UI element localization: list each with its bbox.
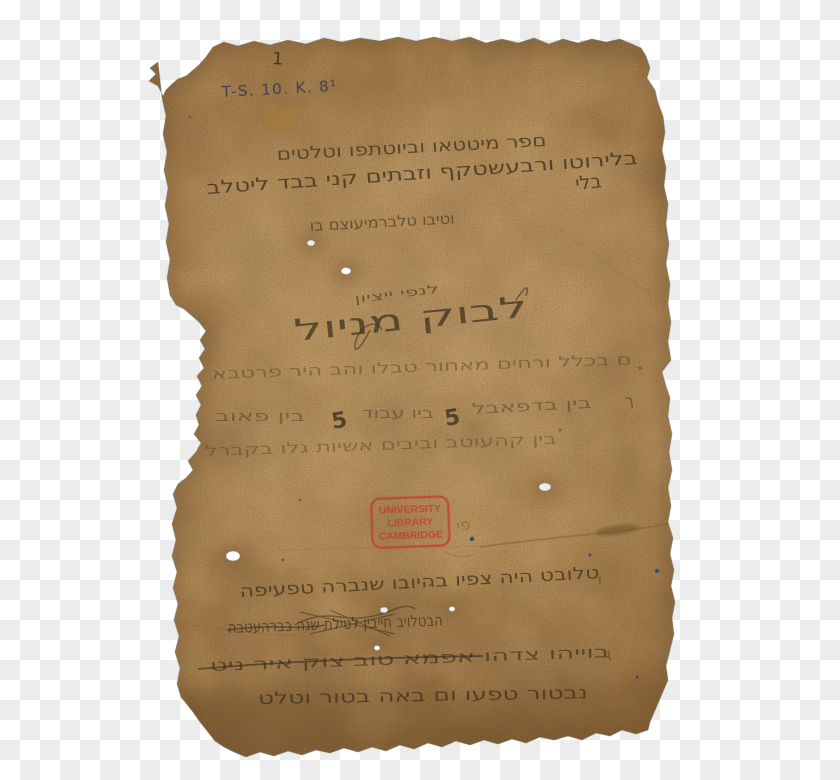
leaf-number: 1 [272,49,284,70]
manuscript-fragment-photo: 1 T-S. 10. K. 8¹ םפר מיטטאו וביוטתפו וטל… [0,0,840,780]
margin-mark: ד [181,402,189,418]
stamp-line-1: UNIVERSITY [379,504,442,517]
ink-speck [188,115,191,118]
handwriting-line: בין פאוב [215,407,306,425]
stamp-line-2: LIBRARY [387,517,434,530]
margin-mark: ד [184,437,192,453]
stamp-line-3: CAMBRIDGE [379,530,444,543]
handwriting-line-opening: בלי [574,170,602,195]
transparency-checkerboard-background: 1 T-S. 10. K. 8¹ םפר מיטטאו וביוטתפו וטל… [0,0,840,780]
handwriting-line: ביו עבוד [362,404,434,422]
